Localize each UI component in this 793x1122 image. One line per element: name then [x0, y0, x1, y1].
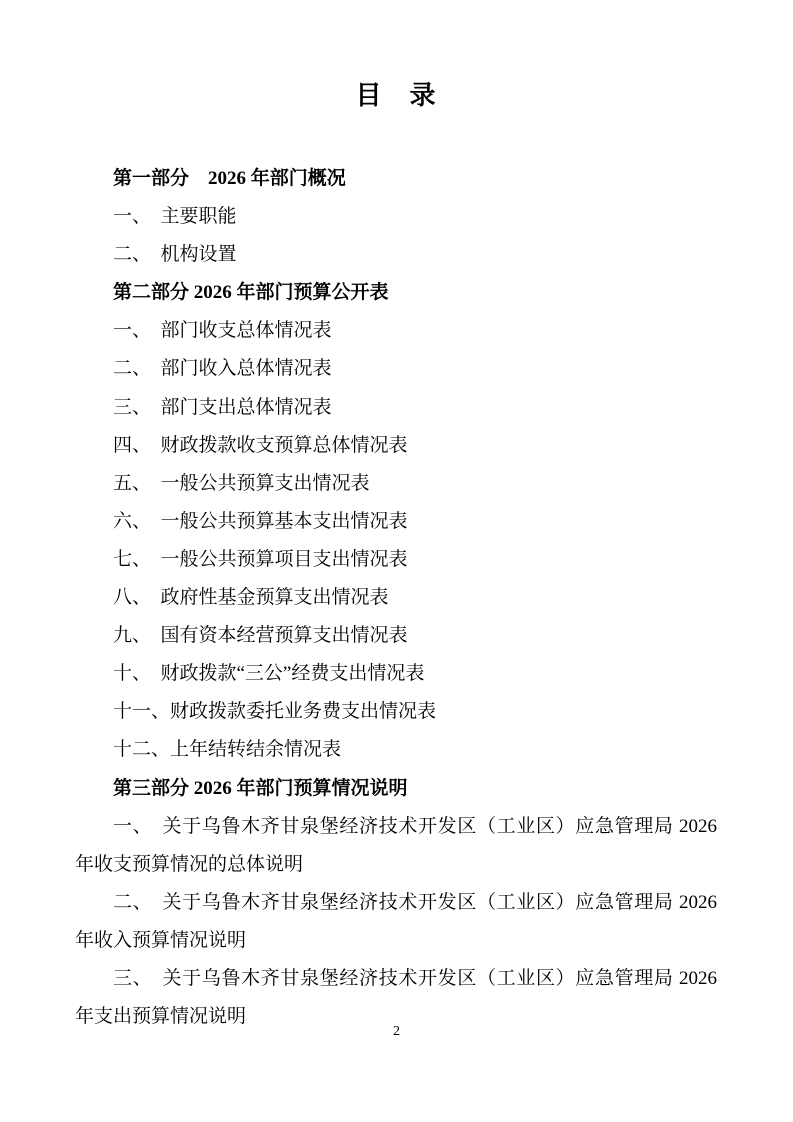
- toc-item: 二、 部门收入总体情况表: [75, 350, 717, 388]
- toc-item: 八、 政府性基金预算支出情况表: [75, 579, 717, 617]
- toc-item: 二、 机构设置: [75, 236, 717, 274]
- toc-item: 四、 财政拨款收支预算总体情况表: [75, 427, 717, 465]
- toc-item: 三、 部门支出总体情况表: [75, 389, 717, 427]
- toc-item: 七、 一般公共预算项目支出情况表: [75, 541, 717, 579]
- toc-item: 十、 财政拨款“三公”经费支出情况表: [75, 655, 717, 693]
- toc-section-heading: 第二部分 2026 年部门预算公开表: [75, 274, 717, 312]
- toc-item: 一、 部门收支总体情况表: [75, 312, 717, 350]
- toc-section-part1: 第一部分 2026 年部门概况 一、 主要职能 二、 机构设置: [75, 160, 717, 274]
- toc-item: 一、 主要职能: [75, 198, 717, 236]
- toc-section-part3: 第三部分 2026 年部门预算情况说明 一、 关于乌鲁木齐甘泉堡经济技术开发区（…: [75, 770, 717, 1037]
- toc-item: 五、 一般公共预算支出情况表: [75, 465, 717, 503]
- toc-section-heading: 第一部分 2026 年部门概况: [75, 160, 717, 198]
- page-number: 2: [0, 1022, 793, 1042]
- toc-section-heading: 第三部分 2026 年部门预算情况说明: [75, 770, 717, 808]
- table-of-contents: 第一部分 2026 年部门概况 一、 主要职能 二、 机构设置 第二部分 202…: [75, 160, 717, 1036]
- toc-item: 十一、财政拨款委托业务费支出情况表: [75, 693, 717, 731]
- toc-item: 一、 关于乌鲁木齐甘泉堡经济技术开发区（工业区）应急管理局 2026 年收支预算…: [75, 808, 717, 884]
- toc-item: 二、 关于乌鲁木齐甘泉堡经济技术开发区（工业区）应急管理局 2026 年收入预算…: [75, 884, 717, 960]
- page-title: 目 录: [75, 0, 717, 114]
- toc-item: 十二、上年结转结余情况表: [75, 731, 717, 769]
- toc-section-part2: 第二部分 2026 年部门预算公开表 一、 部门收支总体情况表 二、 部门收入总…: [75, 274, 717, 769]
- document-page: 目 录 第一部分 2026 年部门概况 一、 主要职能 二、 机构设置 第二部分…: [0, 0, 793, 1122]
- page-content: 目 录 第一部分 2026 年部门概况 一、 主要职能 二、 机构设置 第二部分…: [75, 0, 717, 1036]
- toc-item: 六、 一般公共预算基本支出情况表: [75, 503, 717, 541]
- toc-item: 九、 国有资本经营预算支出情况表: [75, 617, 717, 655]
